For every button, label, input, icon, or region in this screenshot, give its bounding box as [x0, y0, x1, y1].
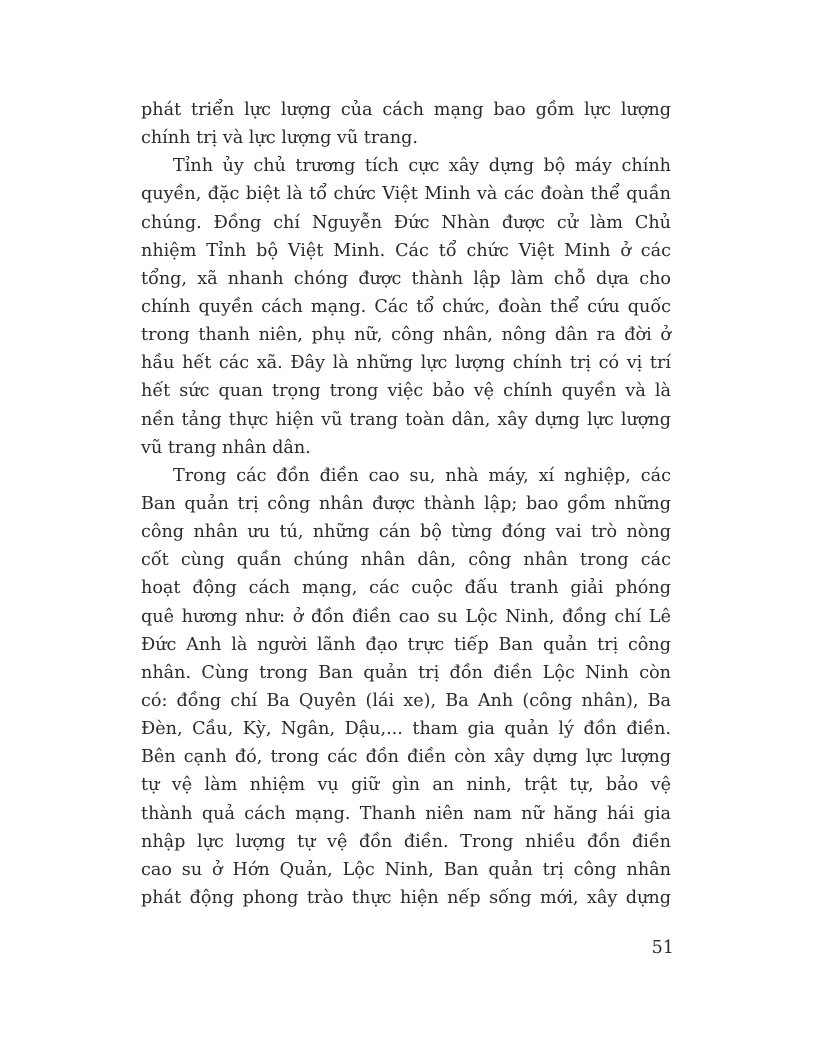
text-line: hoạt động cách mạng, các cuộc đấu tranh … [141, 574, 671, 602]
text-line: Ban quản trị công nhân được thành lập; b… [141, 490, 671, 518]
text-line: nhân. Cùng trong Ban quản trị đồn điền L… [141, 659, 671, 687]
text-line: nhiệm Tỉnh bộ Việt Minh. Các tổ chức Việ… [141, 237, 671, 265]
text-line: công nhân ưu tú, những cán bộ từng đóng … [141, 518, 671, 546]
text-line: quê hương như: ở đồn điền cao su Lộc Nin… [141, 603, 671, 631]
text-line: có: đồng chí Ba Quyên (lái xe), Ba Anh (… [141, 687, 671, 715]
text-line: Đức Anh là người lãnh đạo trực tiếp Ban … [141, 631, 671, 659]
text-line: Bên cạnh đó, trong các đồn điền còn xây … [141, 743, 671, 771]
paragraph-start-line: Tỉnh ủy chủ trương tích cực xây dựng bộ … [141, 152, 671, 180]
text-line: phát triển lực lượng của cách mạng bao g… [141, 96, 671, 124]
text-line: cao su ở Hớn Quản, Lộc Ninh, Ban quản tr… [141, 856, 671, 884]
text-line: cốt cùng quần chúng nhân dân, công nhân … [141, 546, 671, 574]
text-line: hết sức quan trọng trong việc bảo vệ chí… [141, 377, 671, 405]
text-line: chính quyền cách mạng. Các tổ chức, đoàn… [141, 293, 671, 321]
text-line: tổng, xã nhanh chóng được thành lập làm … [141, 265, 671, 293]
body-text: phát triển lực lượng của cách mạng bao g… [141, 96, 671, 912]
text-line: hầu hết các xã. Đây là những lực lượng c… [141, 349, 671, 377]
text-line: quyền, đặc biệt là tổ chức Việt Minh và … [141, 180, 671, 208]
text-line: phát động phong trào thực hiện nếp sống … [141, 884, 671, 912]
text-line: tự vệ làm nhiệm vụ giữ gìn an ninh, trật… [141, 771, 671, 799]
text-line: chính trị và lực lượng vũ trang. [141, 124, 671, 152]
text-line: trong thanh niên, phụ nữ, công nhân, nôn… [141, 321, 671, 349]
paragraph-start-line: Trong các đồn điền cao su, nhà máy, xí n… [141, 462, 671, 490]
text-line: nền tảng thực hiện vũ trang toàn dân, xâ… [141, 406, 671, 434]
text-line: chúng. Đồng chí Nguyễn Đức Nhàn được cử … [141, 209, 671, 237]
text-line: thành quả cách mạng. Thanh niên nam nữ h… [141, 800, 671, 828]
text-line: nhập lực lượng tự vệ đồn điền. Trong nhi… [141, 828, 671, 856]
book-page: phát triển lực lượng của cách mạng bao g… [0, 0, 816, 1056]
text-line: Đèn, Cầu, Kỳ, Ngân, Dậu,... tham gia quả… [141, 715, 671, 743]
page-number: 51 [640, 938, 674, 958]
text-line: vũ trang nhân dân. [141, 434, 671, 462]
